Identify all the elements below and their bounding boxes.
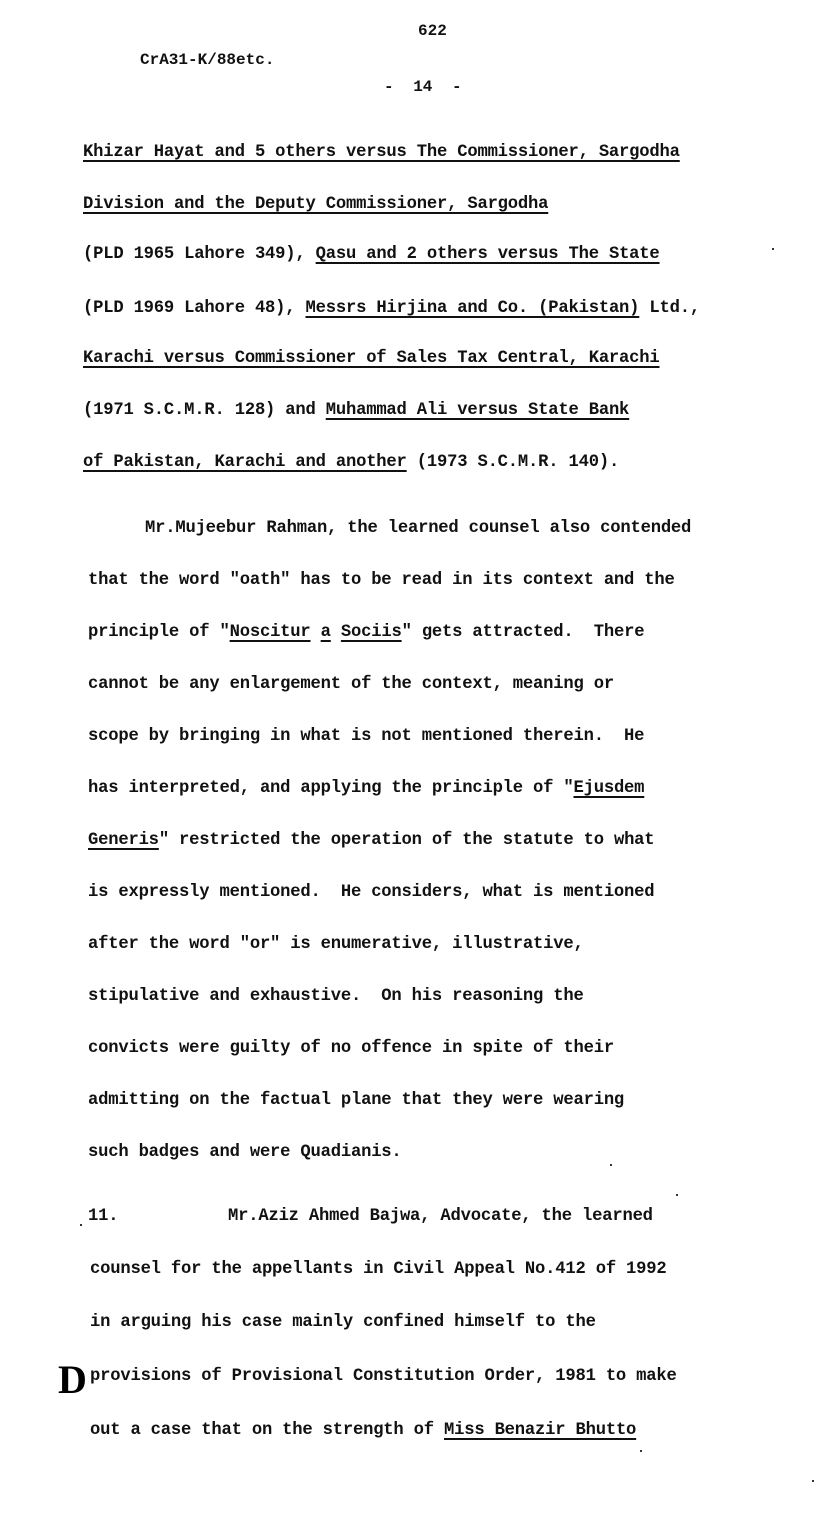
text-line: in arguing his case mainly confined hims… <box>90 1312 596 1334</box>
text-line: counsel for the appellants in Civil Appe… <box>90 1259 667 1281</box>
text-line: Generis" restricted the operation of the… <box>88 830 654 852</box>
text-line: scope by bringing in what is not mention… <box>88 726 644 748</box>
text-line: cannot be any enlargement of the context… <box>88 674 614 696</box>
underlined-citation-text: Noscitur <box>230 623 311 642</box>
underlined-citation-text: Miss Benazir Bhutto <box>444 1421 636 1440</box>
text-segment: convicts were guilty of no offence in sp… <box>88 1039 614 1058</box>
text-segment: counsel for the appellants in Civil Appe… <box>90 1260 667 1279</box>
document-page: 622 CrA31-K/88etc. - 14 - Khizar Hayat a… <box>0 0 840 1540</box>
text-segment: " gets attracted. There <box>402 623 645 642</box>
text-line: (1971 S.C.M.R. 128) and Muhammad Ali ver… <box>83 400 629 422</box>
text-line: Mr.Aziz Ahmed Bajwa, Advocate, the learn… <box>228 1206 653 1228</box>
underlined-citation-text: Qasu and 2 others versus The State <box>316 245 660 264</box>
text-segment: provisions of Provisional Constitution O… <box>90 1367 677 1386</box>
text-line: Khizar Hayat and 5 others versus The Com… <box>83 142 680 164</box>
text-segment <box>331 623 341 642</box>
text-line: out a case that on the strength of Miss … <box>90 1420 636 1442</box>
text-line: convicts were guilty of no offence in sp… <box>88 1038 614 1060</box>
text-line: stipulative and exhaustive. On his reaso… <box>88 986 584 1008</box>
text-segment: has interpreted, and applying the princi… <box>88 779 573 798</box>
underlined-citation-text: Khizar Hayat and 5 others versus The Com… <box>83 143 680 162</box>
underlined-citation-text: Messrs Hirjina and Co. (Pakistan) <box>306 299 640 318</box>
text-segment: Ltd., <box>639 299 700 318</box>
text-line: such badges and were Quadianis. <box>88 1142 402 1164</box>
text-line: admitting on the factual plane that they… <box>88 1090 624 1112</box>
text-line: Division and the Deputy Commissioner, Sa… <box>83 194 548 216</box>
underlined-citation-text: a <box>321 623 331 642</box>
text-segment <box>311 623 321 642</box>
underlined-citation-text: Muhammad Ali versus State Bank <box>326 401 629 420</box>
text-line: provisions of Provisional Constitution O… <box>90 1366 677 1388</box>
text-segment: Mr.Aziz Ahmed Bajwa, Advocate, the learn… <box>228 1207 653 1226</box>
text-line: (PLD 1965 Lahore 349), Qasu and 2 others… <box>83 244 660 266</box>
page-number-top: 622 <box>418 22 447 40</box>
text-line: after the word "or" is enumerative, illu… <box>88 934 584 956</box>
text-segment: principle of " <box>88 623 230 642</box>
text-line: (PLD 1969 Lahore 48), Messrs Hirjina and… <box>83 298 700 320</box>
text-line: that the word "oath" has to be read in i… <box>88 570 675 592</box>
underlined-citation-text: Division and the Deputy Commissioner, Sa… <box>83 195 548 214</box>
margin-mark: D <box>58 1360 87 1400</box>
text-segment: after the word "or" is enumerative, illu… <box>88 935 584 954</box>
text-segment: (PLD 1965 Lahore 349), <box>83 245 316 264</box>
text-line: principle of "Noscitur a Sociis" gets at… <box>88 622 644 644</box>
text-segment: stipulative and exhaustive. On his reaso… <box>88 987 584 1006</box>
underlined-citation-text: Ejusdem <box>573 779 644 798</box>
text-segment: is expressly mentioned. He considers, wh… <box>88 883 654 902</box>
case-reference: CrA31-K/88etc. <box>140 51 274 69</box>
text-segment: cannot be any enlargement of the context… <box>88 675 614 694</box>
underlined-citation-text: Karachi versus Commissioner of Sales Tax… <box>83 349 660 368</box>
text-segment: Mr.Mujeebur Rahman, the learned counsel … <box>145 519 691 538</box>
text-segment: admitting on the factual plane that they… <box>88 1091 624 1110</box>
page-marker: - 14 - <box>384 78 462 96</box>
text-line: Mr.Mujeebur Rahman, the learned counsel … <box>145 518 691 540</box>
text-line: is expressly mentioned. He considers, wh… <box>88 882 654 904</box>
text-segment: " restricted the operation of the statut… <box>159 831 655 850</box>
text-line: Karachi versus Commissioner of Sales Tax… <box>83 348 660 370</box>
text-segment: (1971 S.C.M.R. 128) and <box>83 401 326 420</box>
underlined-citation-text: of Pakistan, Karachi and another <box>83 453 407 472</box>
text-segment: (PLD 1969 Lahore 48), <box>83 299 306 318</box>
paragraph-number: 11. <box>88 1206 118 1228</box>
text-line: of Pakistan, Karachi and another (1973 S… <box>83 452 619 474</box>
text-line: has interpreted, and applying the princi… <box>88 778 644 800</box>
text-segment: in arguing his case mainly confined hims… <box>90 1313 596 1332</box>
text-segment: (1973 S.C.M.R. 140). <box>407 453 619 472</box>
text-segment: scope by bringing in what is not mention… <box>88 727 644 746</box>
underlined-citation-text: Sociis <box>341 623 402 642</box>
underlined-citation-text: Generis <box>88 831 159 850</box>
text-segment: that the word "oath" has to be read in i… <box>88 571 675 590</box>
text-segment: out a case that on the strength of <box>90 1421 444 1440</box>
text-segment: such badges and were Quadianis. <box>88 1143 402 1162</box>
